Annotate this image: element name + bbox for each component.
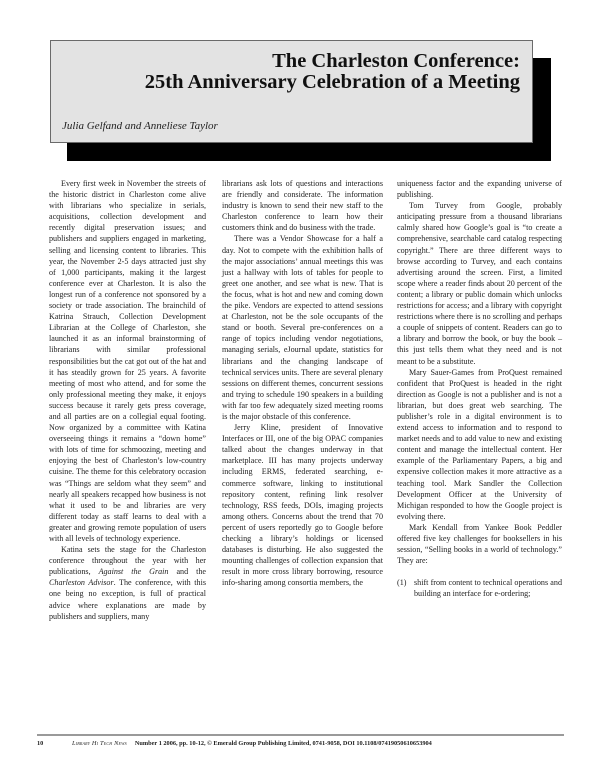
publication-title: Charleston Advisor — [49, 578, 114, 587]
list-number: (1) — [397, 577, 414, 599]
paragraph: There was a Vendor Showcase for a half a… — [222, 233, 383, 422]
page-number: 10 — [37, 740, 72, 747]
title-line-1: The Charleston Conference: — [145, 51, 520, 72]
paragraph: Katina sets the stage for the Charleston… — [49, 544, 206, 622]
journal-name: Library Hi Tech News — [72, 740, 127, 747]
footer-divider — [37, 734, 564, 736]
paragraph: Tom Turvey from Google, probably anticip… — [397, 200, 562, 366]
paragraph: Mark Kendall from Yankee Book Peddler of… — [397, 522, 562, 566]
paragraph: Jerry Kline, president of Innovative Int… — [222, 422, 383, 588]
citation: Number 1 2006, pp. 10-12, © Emerald Grou… — [135, 740, 432, 747]
paragraph: Every first week in November the streets… — [49, 178, 206, 544]
text-column-1: Every first week in November the streets… — [49, 178, 206, 622]
article-authors: Julia Gelfand and Anneliese Taylor — [62, 120, 218, 132]
publication-title: Against the Grain — [99, 567, 169, 576]
paragraph: Mary Sauer-Games from ProQuest remained … — [397, 367, 562, 522]
paragraph: uniqueness factor and the expanding univ… — [397, 178, 562, 200]
title-line-2: 25th Anniversary Celebration of a Meetin… — [145, 72, 520, 93]
page-footer: 10Library Hi Tech NewsNumber 1 2006, pp.… — [37, 740, 577, 747]
paragraph-text: and the — [168, 567, 206, 576]
article-title: The Charleston Conference: 25th Annivers… — [145, 51, 520, 93]
article-header: The Charleston Conference: 25th Annivers… — [50, 40, 533, 143]
text-column-3: uniqueness factor and the expanding univ… — [397, 178, 562, 599]
paragraph: librarians ask lots of questions and int… — [222, 178, 383, 233]
list-text: shift from content to technical operatio… — [414, 577, 562, 599]
text-column-2: librarians ask lots of questions and int… — [222, 178, 383, 588]
list-item: (1) shift from content to technical oper… — [397, 577, 562, 599]
